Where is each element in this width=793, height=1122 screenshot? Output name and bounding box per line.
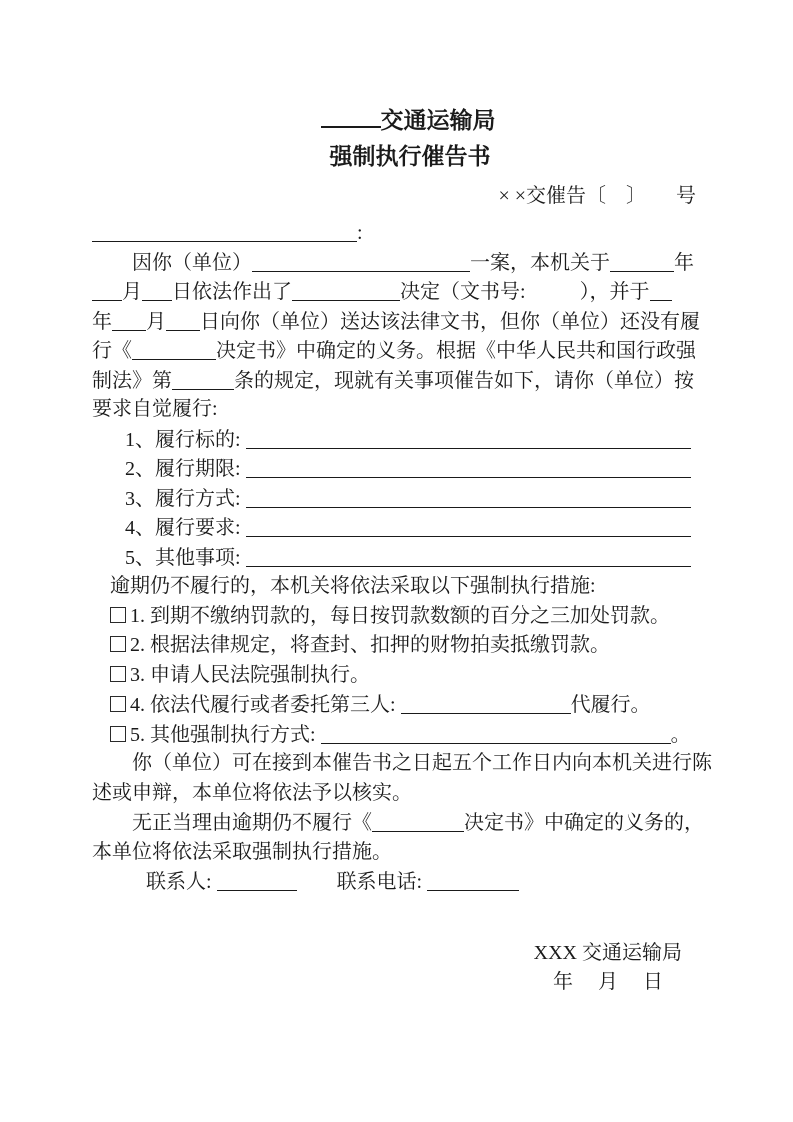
spacer xyxy=(297,868,337,888)
signature-block: XXX 交通运输局 年 月 日 xyxy=(92,939,696,998)
checkbox-icon xyxy=(110,726,126,742)
text-segment: 述或申辩，本单位将依法予以核实。 xyxy=(92,782,412,804)
text-segment: 2. 根据法律规定，将查封、扣押的财物拍卖抵缴罚款。 xyxy=(130,634,610,656)
para-case-line-3: 年月日向你（单位）送达该法律文书，但你（单位）还没有履 xyxy=(92,307,696,337)
text-segment: 无正当理由逾期仍不履行《 xyxy=(132,812,372,834)
text-segment: 日依法作出了 xyxy=(172,281,292,303)
blank-field xyxy=(246,457,691,478)
blank-field xyxy=(650,280,672,301)
enforcement-option-2: 2. 根据法律规定，将查封、扣押的财物拍卖抵缴罚款。 xyxy=(92,631,696,661)
text-segment: 2、履行期限: xyxy=(125,458,246,480)
blank-field xyxy=(92,221,357,242)
text-segment: 一案，本机关于 xyxy=(470,252,610,274)
blank-field xyxy=(292,280,400,301)
text-segment: 制法》第 xyxy=(92,370,172,392)
enforcement-intro-line: 逾期仍不履行的，本机关将依法采取以下强制执行措施: xyxy=(92,572,696,602)
text-segment: 5. 其他强制执行方式: xyxy=(130,724,321,746)
blank-field xyxy=(92,280,122,301)
checkbox-icon xyxy=(110,636,126,652)
text-segment: 日向你（单位）送达该法律文书，但你（单位）还没有履 xyxy=(200,311,700,333)
checkbox-icon xyxy=(110,607,126,623)
blank-field xyxy=(372,811,464,832)
text-segment: 条的规定，现就有关事项催告如下，请你（单位）按 xyxy=(234,370,694,392)
blank-field xyxy=(132,339,216,360)
blank-field xyxy=(172,369,234,390)
text-segment: : xyxy=(357,222,363,244)
para-case-line-4: 行《决定书》中确定的义务。根据《中华人民共和国行政强 xyxy=(92,336,696,366)
contact-line: 联系人: 联系电话: xyxy=(92,867,696,897)
checkbox-icon xyxy=(110,666,126,682)
item-fulfill-target: 1、履行标的: xyxy=(92,425,696,455)
para-warning-line-1: 无正当理由逾期仍不履行《决定书》中确定的义务的， xyxy=(92,808,696,838)
text-segment: 因你（单位） xyxy=(132,252,252,274)
item-fulfill-deadline: 2、履行期限: xyxy=(92,454,696,484)
text-segment: 联系电话: xyxy=(337,871,428,893)
blank-field xyxy=(321,723,671,744)
text-segment: 决定书》中确定的义务。根据《中华人民共和国行政强 xyxy=(216,340,696,362)
document-page: 交通运输局 强制执行催告书 × ×交催告〔 〕 号 :因你（单位）一案，本机关于… xyxy=(0,0,793,1122)
text-segment: 月 xyxy=(146,311,166,333)
text-segment: 决定（文书号: xyxy=(400,281,526,303)
document-title-text: 交通运输局 xyxy=(381,108,496,133)
document-subtitle: 强制执行催告书 xyxy=(108,142,712,172)
text-segment: 年 xyxy=(92,311,112,333)
item-other-matters: 5、其他事项: xyxy=(92,543,696,573)
para-case-line-5: 制法》第条的规定，现就有关事项催告如下，请你（单位）按 xyxy=(92,366,696,396)
blank-field xyxy=(252,251,470,272)
blank-field xyxy=(427,870,519,891)
blank-field xyxy=(610,251,674,272)
document-title: 交通运输局 xyxy=(106,104,710,134)
spacer xyxy=(526,278,580,298)
para-case-line-1: 因你（单位）一案，本机关于年 xyxy=(92,248,696,278)
enforcement-option-5: 5. 其他强制执行方式: 。 xyxy=(92,720,696,750)
text-segment: 1、履行标的: xyxy=(125,429,246,451)
checkbox-icon xyxy=(110,696,126,712)
para-warning-line-2: 本单位将依法采取强制执行措施。 xyxy=(92,838,696,868)
text-segment: 年 xyxy=(674,252,694,274)
text-segment: 5、其他事项: xyxy=(125,547,246,569)
title-blank-field xyxy=(321,104,381,128)
blank-field xyxy=(401,693,571,714)
enforcement-option-1: 1. 到期不缴纳罚款的，每日按罚款数额的百分之三加处罚款。 xyxy=(92,602,696,632)
blank-field xyxy=(142,280,172,301)
salutation-line: : xyxy=(92,218,696,248)
text-segment: 要求自觉履行: xyxy=(92,398,218,420)
text-segment: 4. 依法代履行或者委托第三人: xyxy=(130,694,401,716)
text-segment: 你（单位）可在接到本催告书之日起五个工作日内向本机关进行陈 xyxy=(132,752,712,774)
blank-field xyxy=(112,310,146,331)
text-segment: 行《 xyxy=(92,340,132,362)
item-fulfill-method: 3、履行方式: xyxy=(92,484,696,514)
text-segment: 3、履行方式: xyxy=(125,488,246,510)
blank-field xyxy=(217,870,297,891)
blank-field xyxy=(246,546,691,567)
enforcement-option-3: 3. 申请人民法院强制执行。 xyxy=(92,661,696,691)
para-case-line-6: 要求自觉履行: xyxy=(92,395,696,425)
document-content: 交通运输局 强制执行催告书 × ×交催告〔 〕 号 :因你（单位）一案，本机关于… xyxy=(92,0,696,998)
signature-date: 年 月 日 xyxy=(92,968,696,998)
text-segment: ），并于 xyxy=(580,281,650,303)
text-segment: 联系人: xyxy=(146,871,217,893)
enforcement-option-4: 4. 依法代履行或者委托第三人: 代履行。 xyxy=(92,690,696,720)
text-segment: 3. 申请人民法院强制执行。 xyxy=(130,664,370,686)
item-fulfill-requirement: 4、履行要求: xyxy=(92,513,696,543)
signature-org: XXX 交通运输局 xyxy=(92,939,696,969)
blank-field xyxy=(166,310,200,331)
document-number: × ×交催告〔 〕 号 xyxy=(92,182,696,211)
blank-field xyxy=(246,428,691,449)
text-segment: 代履行。 xyxy=(571,694,651,716)
text-segment: 本单位将依法采取强制执行措施。 xyxy=(92,841,392,863)
text-segment: 逾期仍不履行的，本机关将依法采取以下强制执行措施: xyxy=(110,575,596,597)
document-body: :因你（单位）一案，本机关于年月日依法作出了决定（文书号:），并于年月日向你（单… xyxy=(92,218,696,897)
text-segment: 月 xyxy=(122,281,142,303)
text-segment: 决定书》中确定的义务的， xyxy=(464,812,704,834)
text-segment: 。 xyxy=(671,724,691,746)
text-segment: 4、履行要求: xyxy=(125,517,246,539)
para-statement-line-1: 你（单位）可在接到本催告书之日起五个工作日内向本机关进行陈 xyxy=(92,749,696,779)
para-statement-line-2: 述或申辩，本单位将依法予以核实。 xyxy=(92,779,696,809)
blank-field xyxy=(246,516,691,537)
blank-field xyxy=(246,487,691,508)
para-case-line-2: 月日依法作出了决定（文书号:），并于 xyxy=(92,277,696,307)
text-segment: 1. 到期不缴纳罚款的，每日按罚款数额的百分之三加处罚款。 xyxy=(130,605,670,627)
